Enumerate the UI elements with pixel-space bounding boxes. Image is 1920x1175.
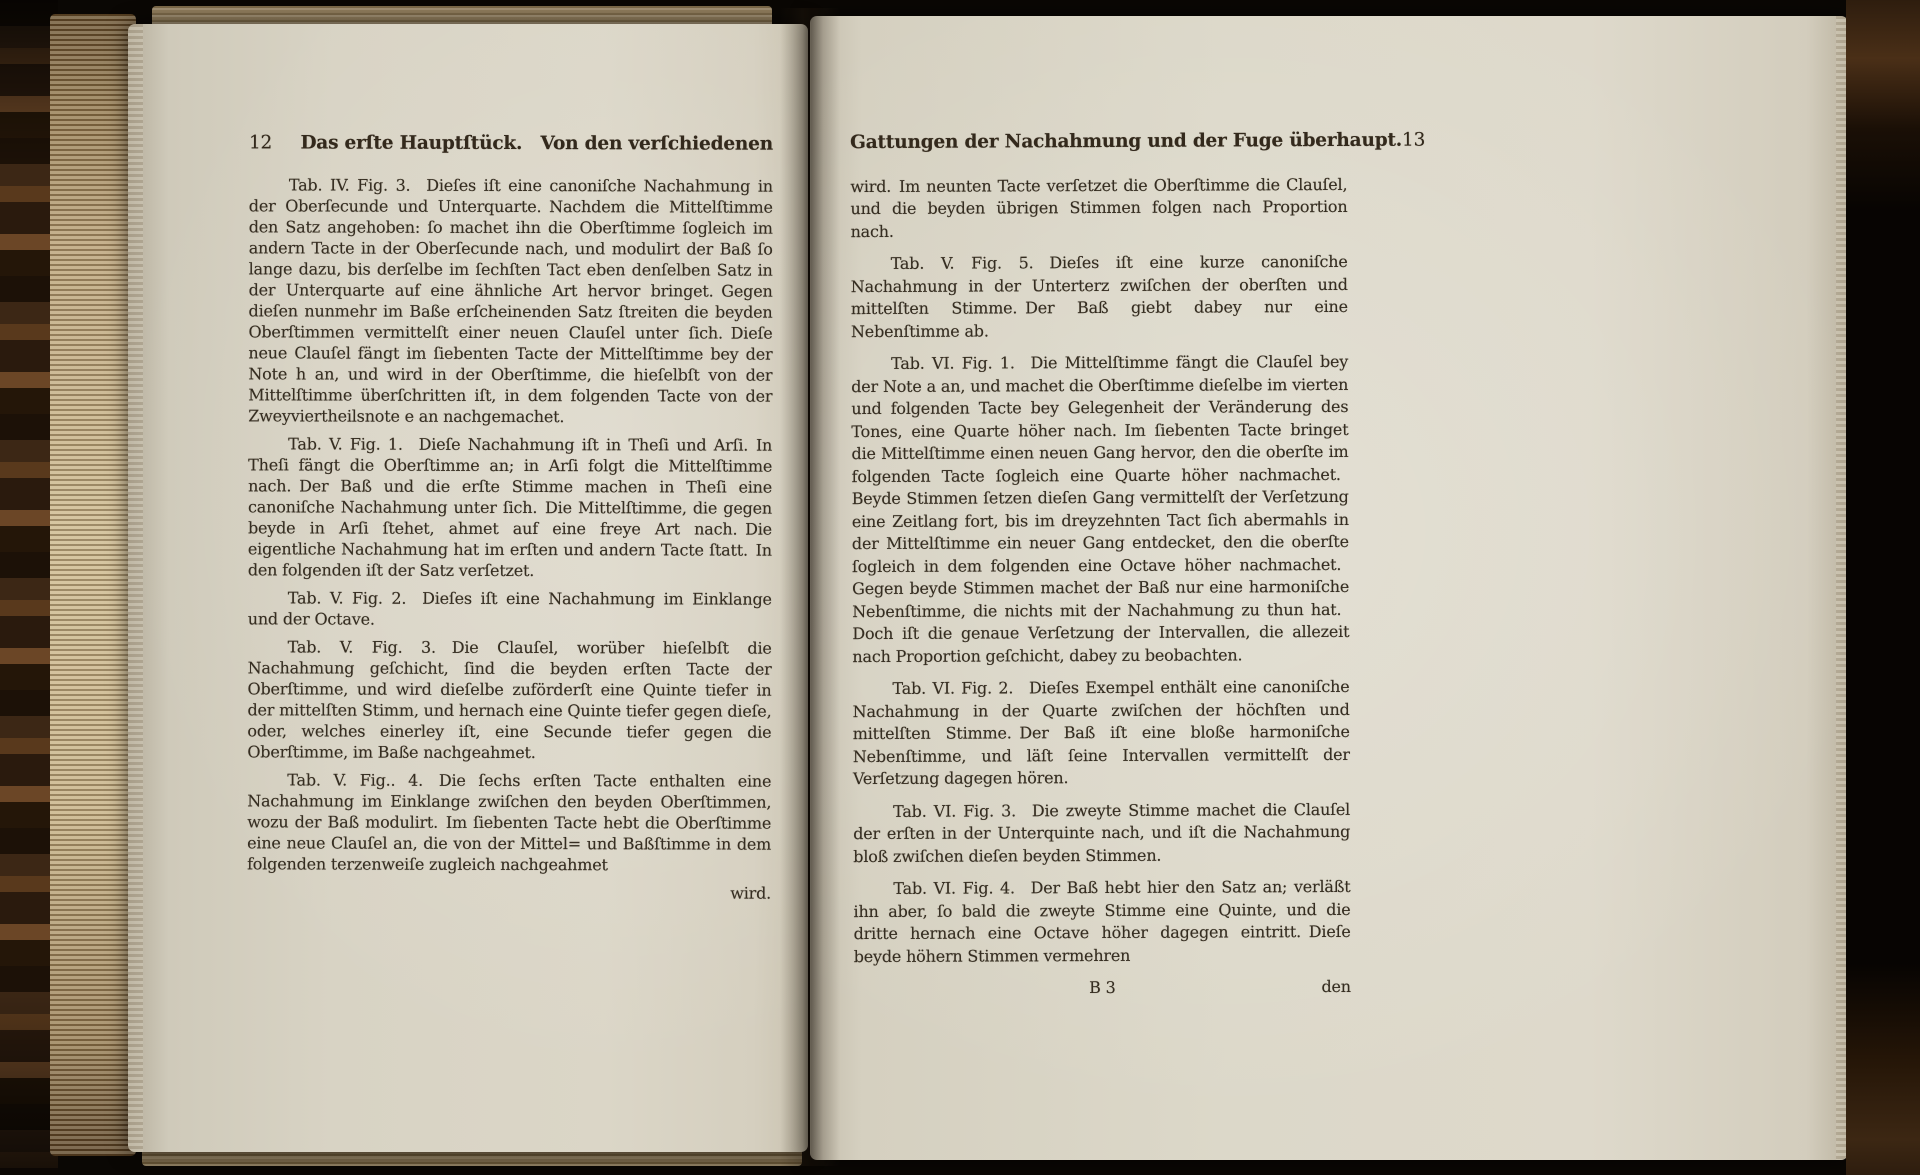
book-photo: 12 Das erſte Hauptſtück. Von den verſchi… [0,0,1920,1175]
book-cover-right-edge [1846,0,1920,1175]
paragraph-tab5-fig1: Tab. V. Fig. 1. Dieſe Nachahmung iſt in … [248,433,772,581]
page-edge-stack-left [50,14,136,1156]
paragraph-tab5-fig5: Tab. V. Fig. 5. Dieſes iſt eine kurze ca… [851,251,1348,343]
paragraph-tab6-fig3: Tab. VI. Fig. 3. Die zweyte Stimme mache… [853,798,1350,868]
left-catchword-line: wird. [247,881,771,903]
gathering-signature: B 3 [854,976,1351,1001]
paragraph-tab6-fig1: Tab. VI. Fig. 1. Die Mittelſtimme fängt … [851,351,1349,668]
right-running-title: Gattungen der Nachahmung und der Fuge üb… [850,130,1402,155]
paragraph-continuation: wird. Im neunten Tacte verſetzet die Obe… [850,173,1347,243]
right-catchword: den [1321,976,1351,999]
paragraph-tab4-fig3: Tab. IV. Fig. 3. Dieſes iſt eine canoniſ… [248,174,773,427]
paragraph-tab5-fig3: Tab. V. Fig. 3. Die Clauſel, worüber hie… [247,636,771,763]
right-page-number: 13 [1402,130,1425,153]
left-page-header: 12 Das erſte Hauptſtück. Von den verſchi… [249,132,773,154]
paragraph-tab5-fig2: Tab. V. Fig. 2. Dieſes iſt eine Nachahmu… [248,587,772,630]
left-page-text-block: 12 Das erſte Hauptſtück. Von den verſchi… [247,132,773,903]
paragraph-tab6-fig2: Tab. VI. Fig. 2. Dieſes Exempel enthält … [852,676,1349,791]
left-page-number: 12 [249,132,301,153]
right-signature-line: B 3 den [854,976,1351,1001]
left-running-title: Das erſte Hauptſtück. Von den verſchiede… [300,132,773,154]
right-page-text-block: Gattungen der Nachahmung und der Fuge üb… [850,130,1351,1001]
left-catchword: wird. [730,884,771,903]
paragraph-tab6-fig4: Tab. VI. Fig. 4. Der Baß hebt hier den S… [853,876,1350,968]
right-page-header: Gattungen der Nachahmung und der Fuge üb… [850,130,1347,155]
paragraph-tab5-fig4: Tab. V. Fig.. 4. Die ſechs erſten Tacte … [247,769,771,875]
